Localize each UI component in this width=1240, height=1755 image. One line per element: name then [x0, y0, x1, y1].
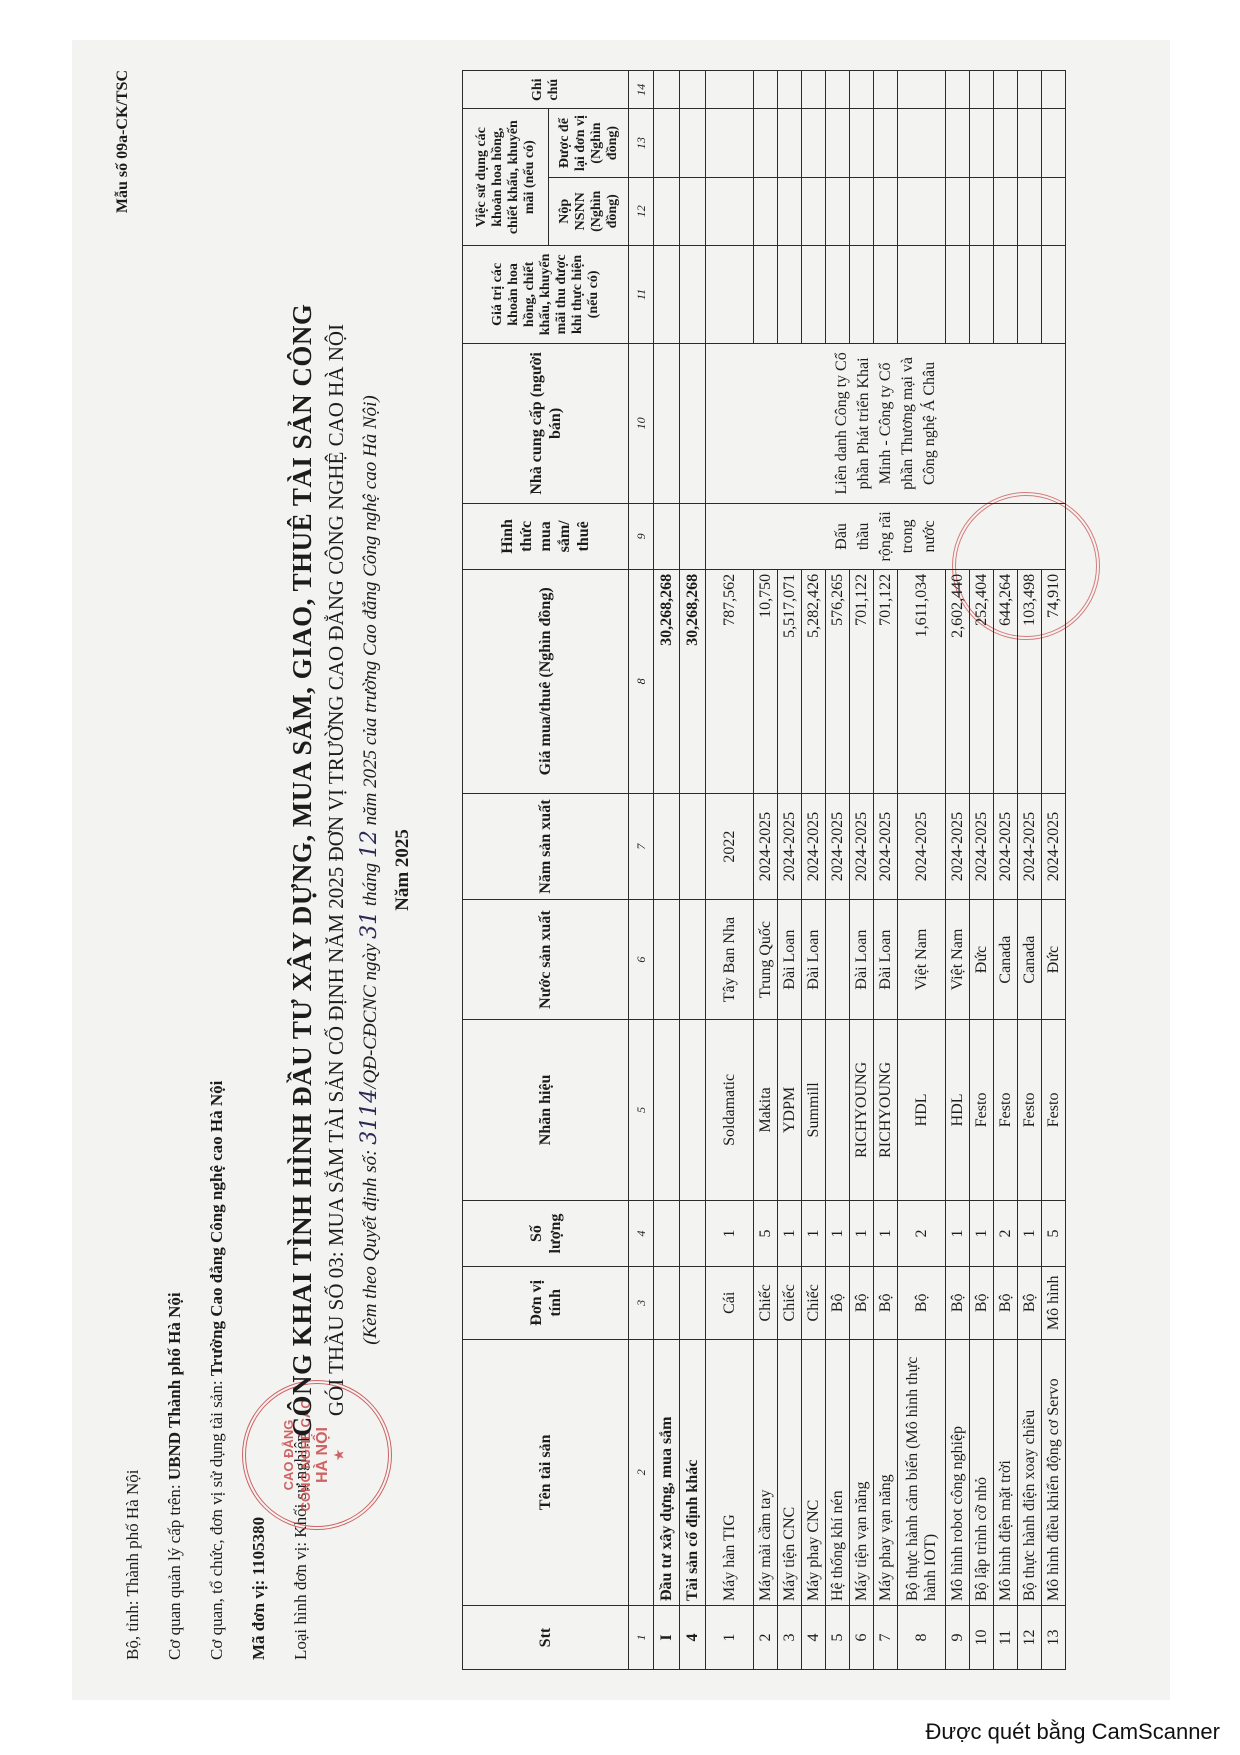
header-unit: Đơn vị tính	[463, 1267, 629, 1339]
cell-country: Việt Nam	[946, 900, 970, 1019]
empty-cell	[826, 245, 850, 343]
cell-name: Máy tiện vạn năng	[850, 1339, 874, 1606]
cell-stt: 10	[970, 1606, 994, 1670]
empty-cell	[754, 109, 778, 177]
cell-stt: 9	[946, 1606, 970, 1670]
column-number: 14	[629, 71, 654, 109]
empty-cell	[1018, 71, 1042, 109]
table-row: 1Máy hàn TIGCái1SoldamaticTây Ban Nha202…	[706, 71, 754, 1670]
empty-cell	[850, 109, 874, 177]
empty-cell	[680, 109, 706, 177]
cell-unit: Bộ	[946, 1267, 970, 1339]
empty-cell	[826, 177, 850, 245]
cell-price: 1,611,034	[898, 569, 946, 793]
cell-price: 644,264	[994, 569, 1018, 793]
cell-qty: 1	[706, 1200, 754, 1266]
cell-unit: Mô hình	[1042, 1267, 1066, 1339]
column-number: 4	[629, 1200, 654, 1266]
cell-name: Máy phay CNC	[802, 1339, 826, 1606]
cell-year: 2024-2025	[754, 793, 778, 900]
cell-year: 2022	[706, 793, 754, 900]
header-country: Nước sản xuất	[463, 900, 629, 1019]
cell-country: Canada	[994, 900, 1018, 1019]
cell-stt: 4	[802, 1606, 826, 1670]
table-row: 5Hệ thống khí nénBộ12024-2025576,265	[826, 71, 850, 1670]
cell-brand: RICHYOUNG	[874, 1019, 898, 1200]
cell-stt: 12	[1018, 1606, 1042, 1670]
empty-cell	[994, 245, 1018, 343]
empty-cell	[946, 109, 970, 177]
sub-title: GÓI THẦU SỐ 03: MUA SẮM TÀI SẢN CỐ ĐỊNH …	[324, 50, 349, 1690]
empty-cell	[680, 177, 706, 245]
header-method: Hình thức mua sắm/ thuê	[463, 503, 629, 569]
header-stt: Stt	[463, 1606, 629, 1670]
header-brand: Nhãn hiệu	[463, 1019, 629, 1200]
empty-cell	[778, 245, 802, 343]
empty-cell	[654, 71, 680, 109]
table-row: 13Mô hình điều khiển động cơ ServoMô hìn…	[1042, 71, 1066, 1670]
cell-stt: 3	[778, 1606, 802, 1670]
empty-cell	[1042, 245, 1066, 343]
empty-cell	[970, 245, 994, 343]
cell-qty: 1	[946, 1200, 970, 1266]
cell-qty: 5	[754, 1200, 778, 1266]
empty-cell	[654, 109, 680, 177]
empty-cell	[970, 109, 994, 177]
cell-price: 103,498	[1018, 569, 1042, 793]
cell-name: Máy mài cầm tay	[754, 1339, 778, 1606]
cell-brand	[826, 1019, 850, 1200]
group-name: Tài sản cố định khác	[680, 1339, 706, 1606]
cell-name: Bộ lập trình cỡ nhỏ	[970, 1339, 994, 1606]
cell-supplier: Liên danh Công ty Cổ phần Phát triển Kha…	[706, 343, 1066, 503]
cell-price: 252,404	[970, 569, 994, 793]
empty-cell	[654, 343, 680, 503]
cell-stt: 7	[874, 1606, 898, 1670]
empty-cell	[680, 503, 706, 569]
column-number: 2	[629, 1339, 654, 1606]
cell-unit: Cái	[706, 1267, 754, 1339]
cell-name: Mô hình điều khiển động cơ Servo	[1042, 1339, 1066, 1606]
group-name: Đầu tư xây dựng, mua sắm	[654, 1339, 680, 1606]
parent-agency-line: Cơ quan quản lý cấp trên: UBND Thành phố…	[154, 1081, 196, 1660]
cell-country: Đức	[970, 900, 994, 1019]
cell-brand: Soldamatic	[706, 1019, 754, 1200]
header-supplier: Nhà cung cấp (người bán)	[463, 343, 629, 503]
cell-brand: Summill	[802, 1019, 826, 1200]
cell-qty: 2	[898, 1200, 946, 1266]
empty-cell	[1018, 245, 1042, 343]
cell-brand: Festo	[994, 1019, 1018, 1200]
cell-name: Bộ thực hành cảm biến (Mô hình thực hành…	[898, 1339, 946, 1606]
empty-cell	[680, 793, 706, 900]
empty-cell	[680, 1267, 706, 1339]
empty-cell	[946, 177, 970, 245]
empty-cell	[898, 245, 946, 343]
cell-stt: 6	[850, 1606, 874, 1670]
column-number: 8	[629, 569, 654, 793]
cell-price: 74,910	[1042, 569, 1066, 793]
unit-line: Cơ quan, tổ chức, đơn vị sử dụng tài sản…	[196, 1081, 238, 1660]
table-row: 12Bộ thực hành điện xoay chiềuBộ1FestoCa…	[1018, 71, 1042, 1670]
table-row: 3Máy tiện CNCChiếc1YDPMĐài Loan2024-2025…	[778, 71, 802, 1670]
header-commission-value: Giá trị các khoản hoa hồng, chiết khấu, …	[463, 245, 629, 343]
cell-stt: 11	[994, 1606, 1018, 1670]
empty-cell	[802, 245, 826, 343]
cell-country: Việt Nam	[898, 900, 946, 1019]
cell-qty: 1	[874, 1200, 898, 1266]
group-price: 30,268,268	[680, 569, 706, 793]
empty-cell	[946, 245, 970, 343]
cell-stt: 8	[898, 1606, 946, 1670]
empty-cell	[826, 109, 850, 177]
empty-cell	[874, 109, 898, 177]
cell-unit: Bộ	[1018, 1267, 1042, 1339]
cell-stt: 5	[826, 1606, 850, 1670]
column-number: 13	[629, 109, 654, 177]
table-row: 11Mô hình điện mặt trờiBộ2FestoCanada202…	[994, 71, 1018, 1670]
empty-cell	[874, 71, 898, 109]
header-name: Tên tài sản	[463, 1339, 629, 1606]
empty-cell	[1042, 177, 1066, 245]
scanned-page: Bộ, tỉnh: Thành phố Hà Nội Cơ quan quản …	[72, 40, 1170, 1700]
cell-year: 2024-2025	[970, 793, 994, 900]
cell-brand: YDPM	[778, 1019, 802, 1200]
group-row: 4Tài sản cố định khác30,268,268	[680, 71, 706, 1670]
empty-cell	[654, 177, 680, 245]
cell-country: Đài Loan	[802, 900, 826, 1019]
empty-cell	[874, 245, 898, 343]
cell-year: 2024-2025	[802, 793, 826, 900]
cell-year: 2024-2025	[874, 793, 898, 900]
cell-brand: HDL	[946, 1019, 970, 1200]
group-row: IĐầu tư xây dựng, mua sắm30,268,268	[654, 71, 680, 1670]
cell-price: 701,122	[850, 569, 874, 793]
cell-name: Bộ thực hành điện xoay chiều	[1018, 1339, 1042, 1606]
empty-cell	[970, 71, 994, 109]
cell-price: 5,282,426	[802, 569, 826, 793]
cell-name: Mô hình robot công nghiệp	[946, 1339, 970, 1606]
cell-brand: Festo	[1018, 1019, 1042, 1200]
cell-year: 2024-2025	[826, 793, 850, 900]
empty-cell	[778, 109, 802, 177]
cell-qty: 1	[778, 1200, 802, 1266]
title-block: CÔNG KHAI TÌNH HÌNH ĐẦU TƯ XÂY DỰNG, MUA…	[287, 50, 414, 1690]
document-landscape: Bộ, tỉnh: Thành phố Hà Nội Cơ quan quản …	[92, 50, 1132, 1690]
empty-cell	[1042, 71, 1066, 109]
cell-stt: 2	[754, 1606, 778, 1670]
cell-brand: RICHYOUNG	[850, 1019, 874, 1200]
empty-cell	[680, 1200, 706, 1266]
scanner-watermark: Được quét bằng CamScanner	[925, 1719, 1220, 1745]
empty-cell	[946, 71, 970, 109]
cell-country: Trung Quốc	[754, 900, 778, 1019]
cell-stt: 1	[706, 1606, 754, 1670]
cell-name: Máy tiện CNC	[778, 1339, 802, 1606]
column-number: 7	[629, 793, 654, 900]
empty-cell	[654, 1019, 680, 1200]
cell-year: 2024-2025	[850, 793, 874, 900]
empty-cell	[706, 245, 754, 343]
cell-year: 2024-2025	[994, 793, 1018, 900]
empty-cell	[1018, 177, 1042, 245]
empty-cell	[1018, 109, 1042, 177]
empty-cell	[826, 71, 850, 109]
empty-cell	[654, 1267, 680, 1339]
empty-cell	[802, 109, 826, 177]
table-row: 10Bộ lập trình cỡ nhỏBộ1FestoĐức2024-202…	[970, 71, 994, 1670]
main-title: CÔNG KHAI TÌNH HÌNH ĐẦU TƯ XÂY DỰNG, MUA…	[287, 50, 318, 1690]
asset-table: Stt Tên tài sản Đơn vị tính Số lượng Nhã…	[462, 70, 1066, 1670]
empty-cell	[654, 793, 680, 900]
cell-year: 2024-2025	[1018, 793, 1042, 900]
group-price: 30,268,268	[654, 569, 680, 793]
cell-qty: 1	[802, 1200, 826, 1266]
cell-price: 10,750	[754, 569, 778, 793]
ministry-line: Bộ, tỉnh: Thành phố Hà Nội	[112, 1081, 154, 1660]
cell-country: Canada	[1018, 900, 1042, 1019]
empty-cell	[654, 503, 680, 569]
table-row: 6Máy tiện vạn năngBộ1RICHYOUNGĐài Loan20…	[850, 71, 874, 1670]
empty-cell	[802, 177, 826, 245]
header-commission-use: Việc sử dụng các khoản hoa hồng, chiết k…	[463, 109, 549, 245]
group-stt: I	[654, 1606, 680, 1670]
empty-cell	[898, 177, 946, 245]
table-row: 8Bộ thực hành cảm biến (Mô hình thực hàn…	[898, 71, 946, 1670]
cell-price: 787,562	[706, 569, 754, 793]
empty-cell	[778, 71, 802, 109]
empty-cell	[680, 71, 706, 109]
empty-cell	[754, 71, 778, 109]
empty-cell	[654, 1200, 680, 1266]
empty-cell	[970, 177, 994, 245]
cell-country: Đài Loan	[778, 900, 802, 1019]
table-row: 9Mô hình robot công nghiệpBộ1HDLViệt Nam…	[946, 71, 970, 1670]
cell-country: Tây Ban Nha	[706, 900, 754, 1019]
cell-qty: 1	[826, 1200, 850, 1266]
empty-cell	[680, 900, 706, 1019]
empty-cell	[706, 109, 754, 177]
cell-year: 2024-2025	[898, 793, 946, 900]
cell-qty: 1	[1018, 1200, 1042, 1266]
form-code: Mẫu số 09a-CK/TSC	[114, 70, 132, 213]
cell-name: Hệ thống khí nén	[826, 1339, 850, 1606]
empty-cell	[994, 177, 1018, 245]
cell-year: 2024-2025	[1042, 793, 1066, 900]
cell-qty: 2	[994, 1200, 1018, 1266]
cell-brand: Festo	[1042, 1019, 1066, 1200]
cell-name: Máy phay vạn năng	[874, 1339, 898, 1606]
column-number: 11	[629, 245, 654, 343]
header-note: Ghi chú	[463, 71, 629, 109]
year-label: Năm 2025	[392, 50, 414, 1690]
empty-cell	[706, 177, 754, 245]
column-number: 1	[629, 1606, 654, 1670]
header-qty: Số lượng	[463, 1200, 629, 1266]
empty-cell	[706, 71, 754, 109]
cell-unit: Chiếc	[778, 1267, 802, 1339]
empty-cell	[754, 245, 778, 343]
decision-reference: (Kèm theo Quyết định số: 3114/QĐ-CĐCNC n…	[357, 50, 382, 1690]
empty-cell	[654, 245, 680, 343]
header-commission-kept: Được để lại đơn vị (Nghìn đồng)	[549, 109, 629, 177]
empty-cell	[850, 245, 874, 343]
header-price: Giá mua/thuê (Nghìn đồng)	[463, 569, 629, 793]
cell-qty: 1	[970, 1200, 994, 1266]
empty-cell	[778, 177, 802, 245]
empty-cell	[654, 900, 680, 1019]
cell-name: Mô hình điện mặt trời	[994, 1339, 1018, 1606]
header-commission-state: Nộp NSNN (Nghìn đồng)	[549, 177, 629, 245]
unit-code-line: Mã đơn vị: 1105380	[238, 1081, 280, 1660]
empty-cell	[680, 245, 706, 343]
table-row: 2Máy mài cầm tayChiếc5MakitaTrung Quốc20…	[754, 71, 778, 1670]
column-number: 5	[629, 1019, 654, 1200]
cell-unit: Bộ	[874, 1267, 898, 1339]
column-number: 6	[629, 900, 654, 1019]
cell-country: Đức	[1042, 900, 1066, 1019]
cell-price: 2,602,440	[946, 569, 970, 793]
cell-unit: Chiếc	[754, 1267, 778, 1339]
column-number: 9	[629, 503, 654, 569]
empty-cell	[680, 1019, 706, 1200]
empty-cell	[898, 71, 946, 109]
cell-country	[826, 900, 850, 1019]
empty-cell	[802, 71, 826, 109]
cell-year: 2024-2025	[946, 793, 970, 900]
table-row: 7Máy phay vạn năngBộ1RICHYOUNGĐài Loan20…	[874, 71, 898, 1670]
cell-stt: 13	[1042, 1606, 1066, 1670]
column-number: 12	[629, 177, 654, 245]
cell-brand: Makita	[754, 1019, 778, 1200]
cell-name: Máy hàn TIG	[706, 1339, 754, 1606]
cell-price: 5,517,071	[778, 569, 802, 793]
header-year: Năm sản xuất	[463, 793, 629, 900]
empty-cell	[754, 177, 778, 245]
cell-country: Đài Loan	[874, 900, 898, 1019]
cell-unit: Bộ	[898, 1267, 946, 1339]
column-number-row: 1234567891011121314	[629, 71, 654, 1670]
cell-unit: Bộ	[970, 1267, 994, 1339]
cell-year: 2024-2025	[778, 793, 802, 900]
cell-brand: HDL	[898, 1019, 946, 1200]
cell-method: Đấu thầu rộng rãi trong nước	[706, 503, 1066, 569]
column-number: 10	[629, 343, 654, 503]
cell-unit: Bộ	[826, 1267, 850, 1339]
empty-cell	[850, 177, 874, 245]
cell-price: 576,265	[826, 569, 850, 793]
cell-unit: Chiếc	[802, 1267, 826, 1339]
cell-unit: Bộ	[994, 1267, 1018, 1339]
empty-cell	[994, 71, 1018, 109]
cell-unit: Bộ	[850, 1267, 874, 1339]
column-number: 3	[629, 1267, 654, 1339]
cell-qty: 1	[850, 1200, 874, 1266]
cell-qty: 5	[1042, 1200, 1066, 1266]
empty-cell	[874, 177, 898, 245]
empty-cell	[680, 343, 706, 503]
table-row: 4Máy phay CNCChiếc1SummillĐài Loan2024-2…	[802, 71, 826, 1670]
empty-cell	[1042, 109, 1066, 177]
empty-cell	[850, 71, 874, 109]
cell-country: Đài Loan	[850, 900, 874, 1019]
cell-price: 701,122	[874, 569, 898, 793]
cell-brand: Festo	[970, 1019, 994, 1200]
empty-cell	[898, 109, 946, 177]
empty-cell	[994, 109, 1018, 177]
group-stt: 4	[680, 1606, 706, 1670]
